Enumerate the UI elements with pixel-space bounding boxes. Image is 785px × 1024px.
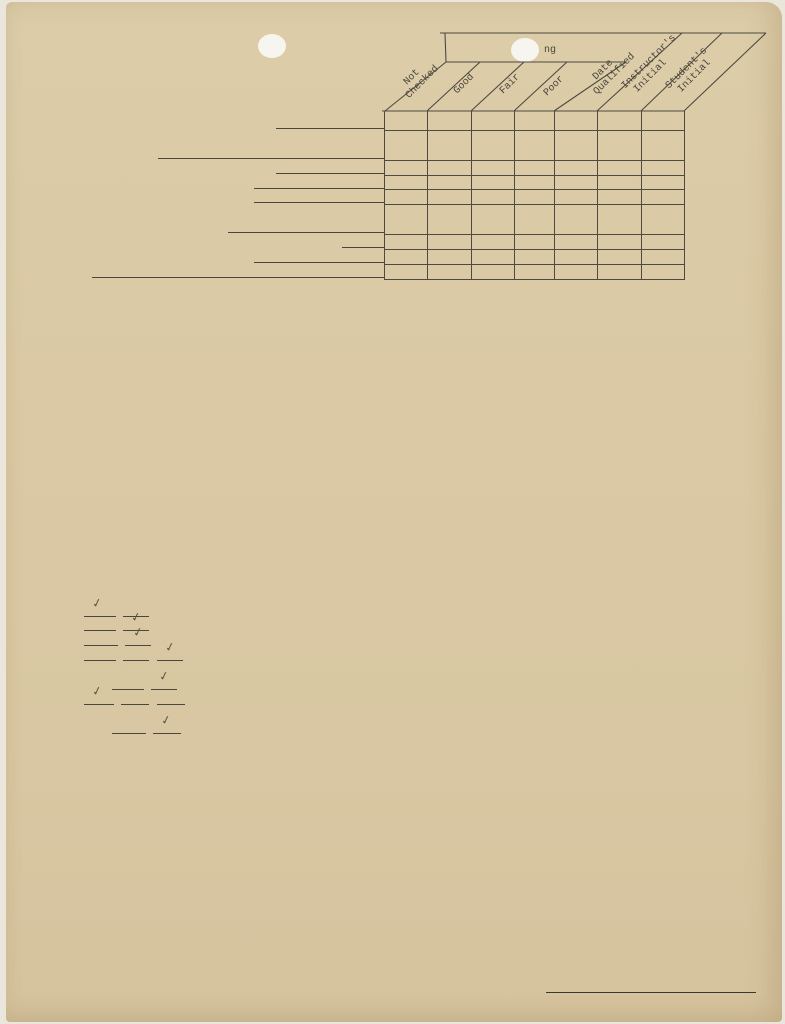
question-7-cont: ✓ <box>83 711 181 750</box>
answer-very-much-blank[interactable]: ✓ <box>84 694 114 705</box>
answer-indifferent-blank[interactable]: ✓ <box>157 650 183 661</box>
question-7 <box>41 696 84 732</box>
answer-no-blank[interactable]: ✓ <box>153 723 181 734</box>
answer-yes-blank[interactable] <box>121 694 149 705</box>
answer-no-blank[interactable] <box>157 694 185 705</box>
header-not-checked: NotChecked <box>396 56 441 101</box>
header-group-label: ng <box>544 45 556 56</box>
evaluation-form-page: NotChecked Good Fair Poor DateQualified … <box>6 2 782 1022</box>
svg-text:Poor: Poor <box>542 74 567 99</box>
answer-yes-blank[interactable] <box>112 723 146 734</box>
answer-no-blank[interactable] <box>123 650 149 661</box>
answer-yes-blank[interactable] <box>84 650 116 661</box>
svg-text:Good: Good <box>451 71 476 96</box>
svg-text:Student'sInitial: Student'sInitial <box>663 45 717 99</box>
rating-header: NotChecked Good Fair Poor DateQualified … <box>6 2 782 122</box>
